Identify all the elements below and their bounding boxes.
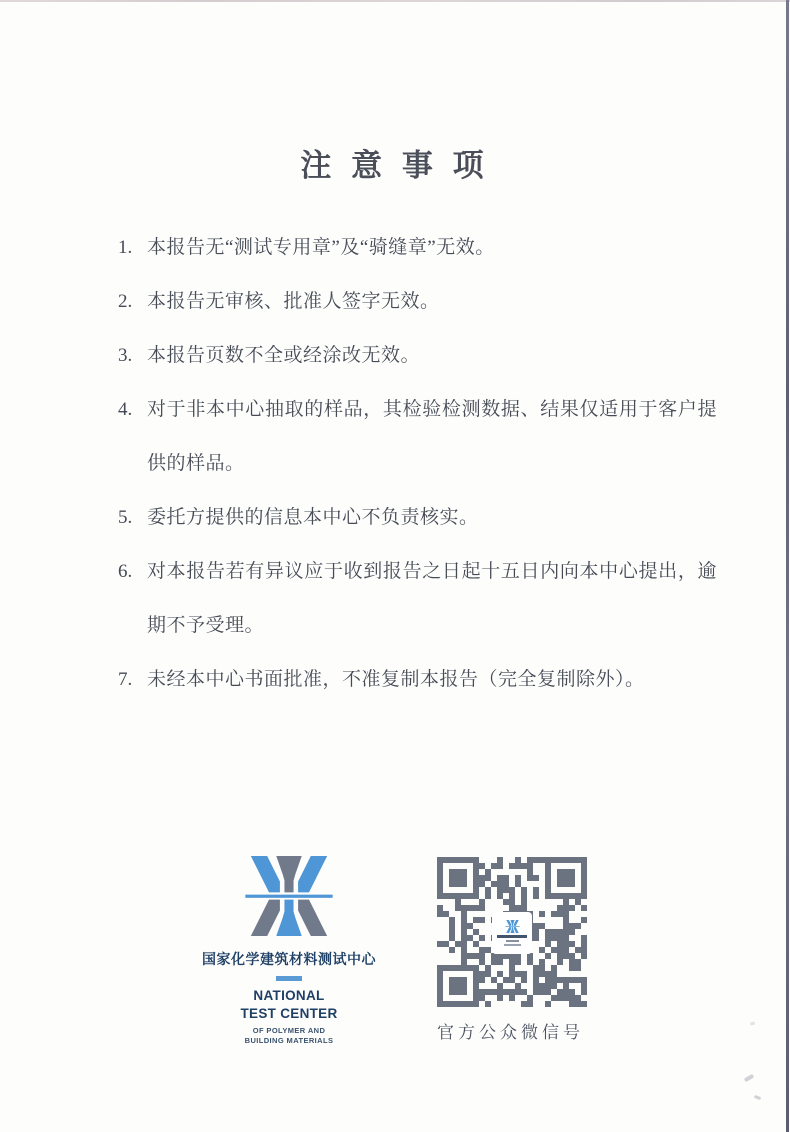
notice-item-1: 1. 本报告无“测试专用章”及“骑缝章”无效。 <box>118 221 748 275</box>
qr-center-microtext <box>506 940 519 942</box>
notice-item-number: 6. <box>118 545 147 599</box>
scan-speck <box>744 1074 755 1082</box>
test-center-subtitle-line2: BUILDING MATERIALS <box>196 1036 382 1046</box>
logo-divider-bar <box>276 976 302 981</box>
notice-item-text: 本报告页数不全或经涂改无效。 <box>147 329 717 383</box>
notice-item-5: 5. 委托方提供的信息本中心不负责核实。 <box>118 491 748 545</box>
test-center-name-en: NATIONAL TEST CENTER <box>196 987 382 1022</box>
report-notice-page: 注 意 事 项 1. 本报告无“测试专用章”及“骑缝章”无效。 2. 本报告无审… <box>0 0 790 1132</box>
qr-center-microtext <box>497 935 527 938</box>
notice-item-number: 5. <box>118 491 147 545</box>
page-title: 注 意 事 项 <box>0 140 790 185</box>
notice-item-2: 2. 本报告无审核、批准人签字无效。 <box>118 275 748 329</box>
test-center-name-cn: 国家化学建筑材料测试中心 <box>196 949 382 969</box>
qr-center-logo <box>492 912 532 954</box>
scan-speck <box>754 1095 762 1100</box>
test-center-logo-icon <box>243 856 335 936</box>
notice-item-text: 对本报告若有异议应于收到报告之日起十五日内向本中心提出，逾期不予受理。 <box>147 545 717 653</box>
test-center-name-en-line2: TEST CENTER <box>196 1005 382 1023</box>
notice-item-number: 7. <box>118 653 147 707</box>
test-center-subtitle-line1: OF POLYMER AND <box>196 1026 382 1036</box>
notice-item-4: 4. 对于非本中心抽取的样品，其检验检测数据、结果仅适用于客户提供的样品。 <box>118 383 748 491</box>
scan-edge-top <box>0 0 790 2</box>
notice-item-text: 本报告无审核、批准人签字无效。 <box>147 275 717 329</box>
notice-item-number: 2. <box>118 275 147 329</box>
scan-speck <box>750 1021 756 1025</box>
notice-item-number: 4. <box>118 383 147 437</box>
qr-center-logo-icon <box>505 920 520 933</box>
notice-item-3: 3. 本报告页数不全或经涂改无效。 <box>118 329 748 383</box>
notice-item-text: 本报告无“测试专用章”及“骑缝章”无效。 <box>147 221 717 275</box>
notice-list: 1. 本报告无“测试专用章”及“骑缝章”无效。 2. 本报告无审核、批准人签字无… <box>118 221 748 707</box>
wechat-qr-block: 官方公众微信号 <box>437 857 589 1043</box>
qr-code <box>437 857 587 1007</box>
notice-item-number: 3. <box>118 329 147 383</box>
qr-center-microtext <box>504 944 521 946</box>
notice-item-number: 1. <box>118 221 147 275</box>
test-center-name-en-line1: NATIONAL <box>196 987 382 1005</box>
notice-item-text: 未经本中心书面批准，不准复制本报告（完全复制除外）。 <box>147 653 717 707</box>
test-center-logo: 国家化学建筑材料测试中心 NATIONAL TEST CENTER OF POL… <box>196 856 382 1046</box>
notice-item-6: 6. 对本报告若有异议应于收到报告之日起十五日内向本中心提出，逾期不予受理。 <box>118 545 748 653</box>
qr-caption: 官方公众微信号 <box>437 1018 589 1043</box>
notice-item-text: 对于非本中心抽取的样品，其检验检测数据、结果仅适用于客户提供的样品。 <box>147 383 717 491</box>
notice-item-7: 7. 未经本中心书面批准，不准复制本报告（完全复制除外）。 <box>118 653 748 707</box>
test-center-subtitle-en: OF POLYMER AND BUILDING MATERIALS <box>196 1026 382 1046</box>
notice-item-text: 委托方提供的信息本中心不负责核实。 <box>147 491 717 545</box>
